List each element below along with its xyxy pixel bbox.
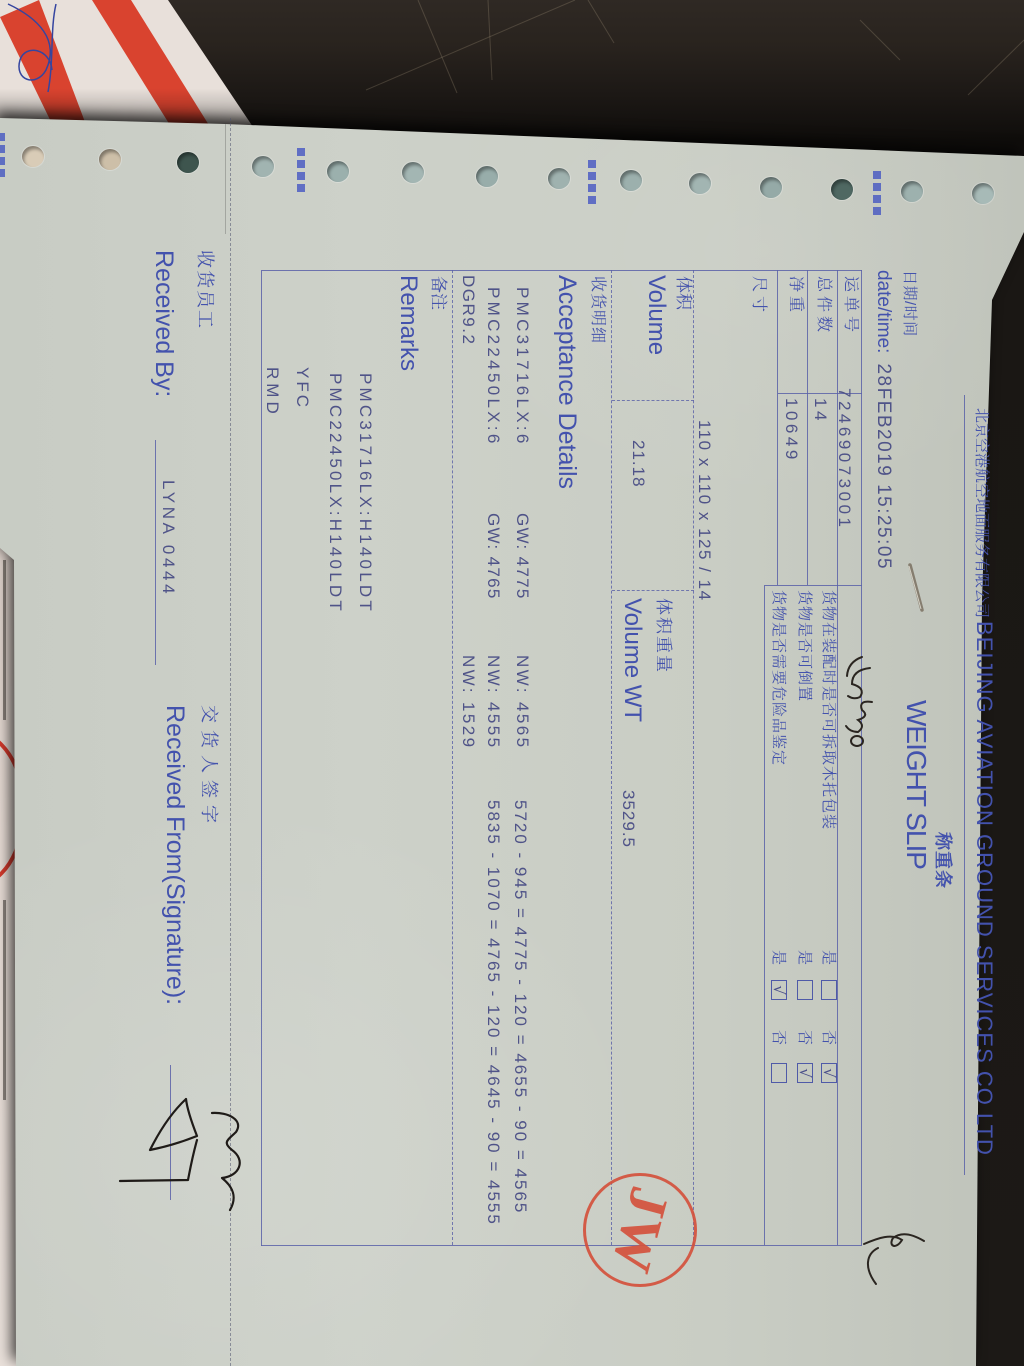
photo-scene: 北京空港航空地面服务有限公司BEIJING AVIATION GROUND SE… bbox=[0, 0, 1024, 1366]
signature bbox=[120, 1099, 240, 1210]
staple bbox=[909, 565, 922, 610]
handwritten-mark bbox=[864, 1234, 924, 1284]
handwritten-note: 1530 bbox=[846, 657, 872, 746]
ink-overlay: 1530 bbox=[0, 0, 1024, 1366]
